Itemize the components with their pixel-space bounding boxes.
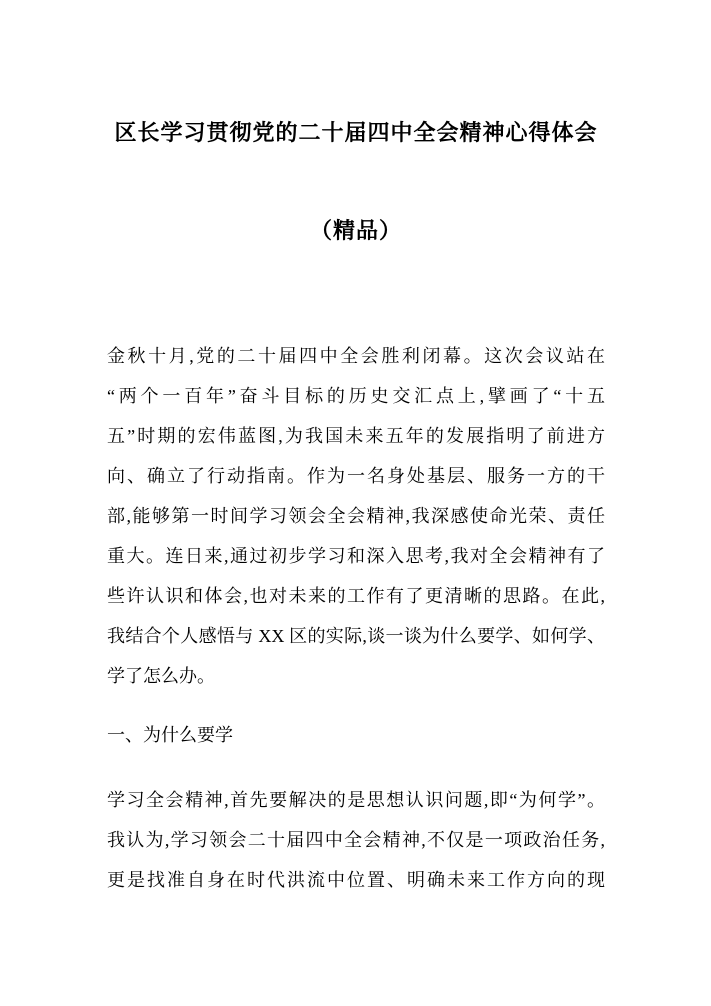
text-line: 我结合个人感悟与 XX 区的实际,谈一谈为什么要学、如何学、 xyxy=(107,616,605,656)
document-title: 区长学习贯彻党的二十届四中全会精神心得体会 xyxy=(107,117,605,149)
heading-line: 一、为什么要学 xyxy=(107,715,605,755)
text-line: 金秋十月,党的二十届四中全会胜利闭幕。这次会议站在 xyxy=(107,336,605,376)
text-line: 些许认识和体会,也对未来的工作有了更清晰的思路。在此, xyxy=(107,576,605,616)
text-line: “两个一百年”奋斗目标的历史交汇点上,擘画了“十五 xyxy=(107,376,605,416)
text-line: 五”时期的宏伟蓝图,为我国未来五年的发展指明了前进方 xyxy=(107,416,605,456)
section-heading: 一、为什么要学 xyxy=(107,715,605,755)
text-line: 学了怎么办。 xyxy=(107,656,605,696)
document-subtitle: （精品） xyxy=(107,215,605,247)
document-page: 区长学习贯彻党的二十届四中全会精神心得体会 （精品） 金秋十月,党的二十届四中全… xyxy=(0,0,711,1006)
text-line: 向、确立了行动指南。作为一名身处基层、服务一方的干 xyxy=(107,456,605,496)
text-line: 部,能够第一时间学习领会全会精神,我深感使命光荣、责任 xyxy=(107,496,605,536)
text-line: 重大。连日来,通过初步学习和深入思考,我对全会精神有了 xyxy=(107,536,605,576)
text-line: 我认为,学习领会二十届四中全会精神,不仅是一项政治任务, xyxy=(107,820,605,860)
text-line: 学习全会精神,首先要解决的是思想认识问题,即“为何学”。 xyxy=(107,780,605,820)
document-body: 金秋十月,党的二十届四中全会胜利闭幕。这次会议站在“两个一百年”奋斗目标的历史交… xyxy=(107,336,605,900)
paragraph: 金秋十月,党的二十届四中全会胜利闭幕。这次会议站在“两个一百年”奋斗目标的历史交… xyxy=(107,336,605,696)
text-line: 更是找准自身在时代洪流中位置、明确未来工作方向的现 xyxy=(107,860,605,900)
paragraph: 学习全会精神,首先要解决的是思想认识问题,即“为何学”。我认为,学习领会二十届四… xyxy=(107,780,605,900)
